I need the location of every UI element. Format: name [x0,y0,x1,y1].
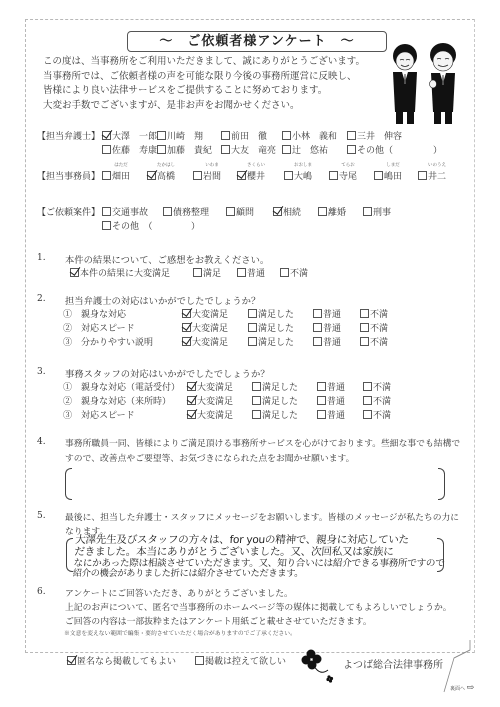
staff-option-1[interactable]: たかはし高橋 [147,169,175,182]
q2-r0-normal[interactable]: 普通 [313,307,341,320]
lawyer-option-1[interactable]: 川崎 翔 [157,129,203,142]
lawyer-option-7[interactable]: 大友 竜亮 [221,143,276,156]
case-option-1[interactable]: 債務整理 [163,205,209,218]
checkbox-icon [157,131,166,140]
q6-note: ※文意を変えない範囲で編集・要約させていただく場合がありますのでご了承ください。 [64,628,296,637]
staff-option-4[interactable]: おおしま大嶋 [284,169,312,182]
q2-r2-normal[interactable]: 普通 [313,335,341,348]
q3-r2-very-satisfied[interactable]: 大変満足 [187,408,233,421]
intro-text: この度は、当事務所をご利用いただきまして、誠にありがとうございます。 当事務所で… [43,55,365,113]
lawyer-option-6[interactable]: 加藤 貴紀 [157,143,212,156]
checkbox-icon [284,171,293,180]
q3-r2-satisfied[interactable]: 満足した [252,408,298,421]
staff-label: 【担当事務員】 [37,172,100,182]
lawyer-option-0[interactable]: 大澤 一郎 [102,129,157,142]
checkbox-icon [102,207,111,216]
checkbox-icon [193,171,202,180]
q1-option-0[interactable]: 本件の結果に大変満足 [70,266,170,279]
checkbox-icon [252,410,261,419]
checkbox-icon [193,268,202,277]
q3-text: 事務スタッフの対応はいかがでしたでしょうか？ [65,366,270,380]
checkbox-icon [374,171,383,180]
checkbox-icon [237,268,246,277]
case-option-2[interactable]: 顧問 [226,205,254,218]
case-option-3[interactable]: 相続 [273,205,301,218]
q6-option-anonymous-ok[interactable]: 匿名なら掲載してもよい [67,654,176,667]
lawyer-option-2[interactable]: 前田 徹 [221,129,267,142]
checkbox-icon [248,309,257,318]
checkbox-checked-icon [273,207,282,216]
q3-r2-normal[interactable]: 普通 [317,408,345,421]
q2-text: 担当弁護士の対応はいかがでしたでしょうか？ [65,293,260,307]
q2-r2-very-satisfied[interactable]: 大変満足 [182,335,228,348]
checkbox-icon [226,207,235,216]
q5-text-line1: 最後に、担当した弁護士・スタッフにメッセージをお願いします。皆様のメッセージが私… [65,510,459,523]
q6-number: 6. [37,587,46,597]
q6-text-line1: アンケートにご回答いただき、ありがとうございました。 [65,586,293,599]
q6-text-line2: 上記のお声について、匿名で当事務所のホームページ等の媒体に掲載してもよろしいでし… [65,600,452,613]
checkbox-icon [280,268,289,277]
q3-r1-satisfied[interactable]: 満足した [252,394,298,407]
lawyer-option-5[interactable]: 佐藤 寿康 [102,143,157,156]
checkbox-icon [363,396,372,405]
q1-option-2[interactable]: 普通 [237,266,265,279]
checkbox-icon [248,323,257,332]
q4-text-line1: 事務所職員一同、皆様によりご満足頂ける事務所サービスを心がけております。些細な事… [65,436,460,449]
q4-text-line2: すので、改善点やご要望等、お気づきになられた点をお聞かせ願います。 [65,451,354,464]
other-close-paren: ） [433,143,442,156]
q3-r0-very-satisfied[interactable]: 大変満足 [187,380,233,393]
q3-r0-normal[interactable]: 普通 [317,380,345,393]
q4-bracket-left [65,468,72,500]
lawyer-option-4[interactable]: 三井 伸容 [347,129,402,142]
checkbox-icon [360,323,369,332]
checkbox-checked-icon [187,382,196,391]
q4-answer-field[interactable] [73,468,413,498]
checkbox-checked-icon [70,268,79,277]
checkbox-icon [360,309,369,318]
survey-title: ～ ご依頼者様アンケート ～ [127,31,387,52]
q5-bracket-left [66,538,73,572]
checkbox-checked-icon [237,171,246,180]
q2-r0-very-satisfied[interactable]: 大変満足 [182,307,228,320]
staff-option-3[interactable]: さくらい櫻井 [237,169,265,182]
intro-line: 当事務所では、ご依頼者様の声を可能な限り今後の事務所運営に反映し、 [43,70,365,85]
q5-number: 5. [37,511,46,521]
q3-r2-dissatisfied[interactable]: 不満 [363,408,391,421]
staff-option-2[interactable]: いわま岩間 [193,169,221,182]
checkbox-icon [329,171,338,180]
case-option-0[interactable]: 交通事故 [102,205,148,218]
checkbox-icon [163,207,172,216]
next-page-indicator[interactable]: 裏面へ ⇨ [450,683,474,693]
checkbox-icon [102,171,111,180]
checkbox-icon [363,207,372,216]
q1-option-1[interactable]: 満足 [193,266,221,279]
q2-r2-satisfied[interactable]: 満足した [248,335,294,348]
checkbox-checked-icon [187,396,196,405]
case-option-5[interactable]: 刑事 [363,205,391,218]
q3-number: 3. [37,367,46,377]
checkbox-icon [221,131,230,140]
lawyers-label: 【担当弁護士】 [37,132,100,142]
q6-text-line3: ご回答の内容は一部抜粋またはアンケート用紙ごと載せさせていただきます。 [65,614,372,627]
checkbox-checked-icon [187,410,196,419]
q3-r0-satisfied[interactable]: 満足した [252,380,298,393]
checkbox-icon [318,207,327,216]
q2-r1-normal[interactable]: 普通 [313,321,341,334]
q1-number: 1. [37,253,46,263]
checkbox-icon [157,145,166,154]
q3-r1-very-satisfied[interactable]: 大変満足 [187,394,233,407]
checkbox-icon [102,221,111,230]
checkbox-icon [282,145,291,154]
checkbox-icon [317,396,326,405]
checkbox-icon [221,145,230,154]
checkbox-icon [282,131,291,140]
checkbox-icon [363,410,372,419]
case-option-other[interactable]: その他 （ [102,219,153,232]
q4-number: 4. [37,437,46,447]
q2-r1-satisfied[interactable]: 満足した [248,321,294,334]
checkbox-icon [313,323,322,332]
checkbox-icon [252,382,261,391]
q2-r1-very-satisfied[interactable]: 大変満足 [182,321,228,334]
case-type-row-1: 【ご依頼案件】 交通事故 債務整理 顧問 相続 離婚 刑事 [37,205,100,218]
checkbox-checked-icon [102,131,111,140]
q2-r0-satisfied[interactable]: 満足した [248,307,294,320]
checkbox-checked-icon [67,656,76,665]
checkbox-icon [313,337,322,346]
q3-r0-dissatisfied[interactable]: 不満 [363,380,391,393]
intro-line: この度は、当事務所をご利用いただきまして、誠にありがとうございます。 [43,55,365,70]
checkbox-icon [418,171,427,180]
lawyers-row-1: 【担当弁護士】 大澤 一郎 川崎 翔 前田 徹 小林 義和 三井 伸容 [37,129,100,142]
q6-option-decline[interactable]: 掲載は控えて欲しい [195,654,286,667]
q1-text: 本件の結果について、ご感想をお教えください。 [65,252,269,266]
q1-option-3[interactable]: 不満 [280,266,308,279]
q2-r1-dissatisfied[interactable]: 不満 [360,321,388,334]
checkbox-checked-icon [147,171,156,180]
checkbox-checked-icon [182,323,191,332]
checkbox-checked-icon [182,337,191,346]
checkbox-icon [313,309,322,318]
staff-row: 【担当事務員】 はただ畑田 たかはし高橋 いわま岩間 さくらい櫻井 おおしま大嶋… [37,169,100,182]
q5-handwritten-answer[interactable]: 大澤先生及びスタッフの方々は、for youの精神で、親身に対応していた だきま… [72,534,446,580]
lawyer-option-8[interactable]: 辻 悠祐 [282,143,328,156]
checkbox-icon [317,382,326,391]
q2-number: 2. [37,294,46,304]
checkbox-icon [252,396,261,405]
checkbox-icon [102,145,111,154]
q4-bracket-right [438,468,445,500]
intro-line: 大変お手数でございますが、是非お声をお聞かせください。 [43,99,365,114]
checkbox-icon [248,337,257,346]
q3-r1-dissatisfied[interactable]: 不満 [363,394,391,407]
q2-r2-dissatisfied[interactable]: 不満 [360,335,388,348]
checkbox-icon [360,337,369,346]
checkbox-icon [363,382,372,391]
checkbox-icon [347,131,356,140]
case-other-close: ） [191,219,200,232]
staff-option-7[interactable]: いのうえ井二 [418,169,446,182]
lawyer-option-3[interactable]: 小林 義和 [282,129,337,142]
intro-line: 皆様により良い法律サービスをご提供することに努めております。 [43,84,365,99]
checkbox-icon [347,145,356,154]
checkbox-icon [317,410,326,419]
staff-option-5[interactable]: てらお寺尾 [329,169,357,182]
staff-option-0[interactable]: はただ畑田 [102,169,130,182]
q2-r0-dissatisfied[interactable]: 不満 [360,307,388,320]
case-type-label: 【ご依頼案件】 [37,208,100,218]
checkbox-icon [195,656,204,665]
firm-name: よつば総合法律事務所 [343,656,443,671]
lawyer-option-other[interactable]: その他（ [347,143,393,156]
q3-r1-normal[interactable]: 普通 [317,394,345,407]
arrow-right-icon: ⇨ [467,683,475,693]
q5-bracket-right [437,538,444,572]
four-leaf-clover-icon [300,648,340,688]
case-option-4[interactable]: 離婚 [318,205,346,218]
lawyers-illustration-icon [385,40,465,126]
checkbox-checked-icon [182,309,191,318]
staff-option-6[interactable]: しまだ嶋田 [374,169,402,182]
